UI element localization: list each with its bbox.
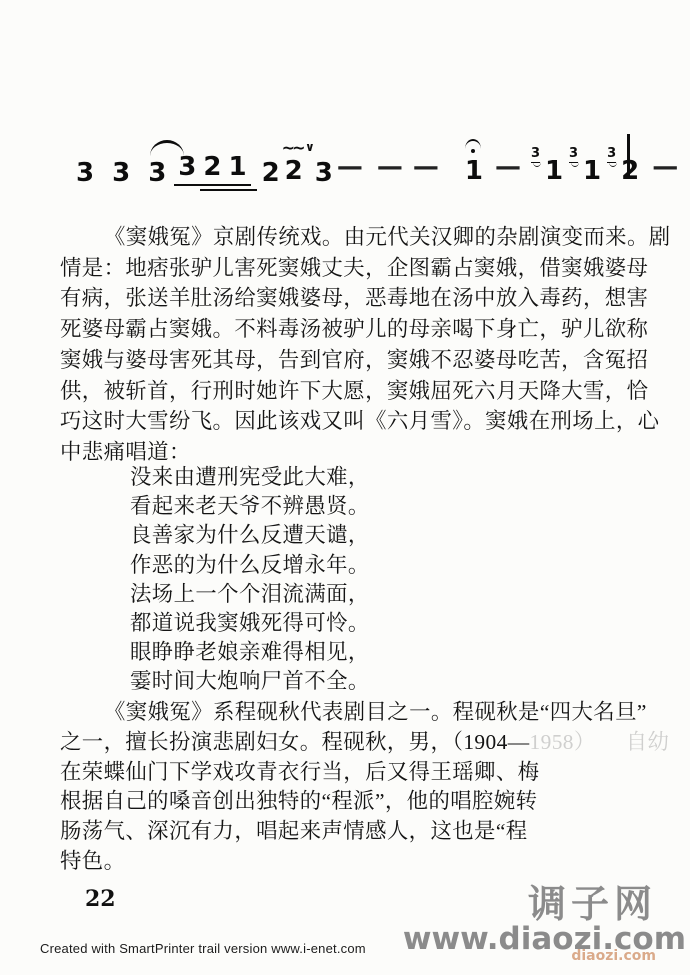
verse-line: 作恶的为什么反增永年。 — [130, 551, 370, 580]
second-beam — [200, 189, 256, 191]
watermark-site-url: www.diaozi.com — [403, 922, 686, 956]
note-digit: 1 — [545, 158, 563, 184]
note-digit: 3 — [112, 160, 130, 186]
text-line: 巧这时大雪纷飞。因此该戏又叫《六月雪》。窦娥在刑场上，心 — [60, 406, 671, 437]
faded-text: 1958） — [530, 730, 596, 754]
text-line: 供，被斩首，行刑时她许下大愿，窦娥屈死六月天降大雪，恰 — [60, 376, 671, 407]
note-digit: 2 — [262, 160, 280, 186]
paragraph-cheng-yanqiu: 《窦娥冤》系程砚秋代表剧目之一。程砚秋是“四大名旦” 之一，擅长扮演悲剧妇女。程… — [60, 698, 669, 877]
text-line: 《窦娥冤》京剧传统戏。由元代关汉卿的杂剧演变而来。剧 — [60, 222, 671, 253]
text-line: 死婆母霸占窦娥。不料毒汤被驴儿的母亲喝下身亡，驴儿欲称 — [60, 314, 671, 345]
aria-verse: 没来由遭刑宪受此大难， 看起来老天爷不辨愚贤。 良善家为什么反遭天谴， 作恶的为… — [130, 463, 370, 697]
note-with-ornaments: ~~ ∨ 2 — [285, 156, 303, 186]
note-digit: 3 — [315, 160, 333, 186]
text-line: 特色。 — [60, 847, 669, 877]
note-digit: 1 — [583, 158, 601, 184]
duration-dash: — — [337, 154, 363, 180]
text-line: 在荣蝶仙门下学戏攻青衣行当，后又得王瑶卿、梅 — [60, 758, 669, 788]
verse-line: 都道说我窦娥死得可怜。 — [130, 609, 370, 638]
text-line: 有病，张送羊肚汤给窦娥婆母，恶毒地在汤中放入毒药，想害 — [60, 283, 671, 314]
grace-note-figure: 3 1 — [545, 156, 563, 186]
verse-line: 眼睁睁老娘亲难得相见， — [130, 638, 370, 667]
note-digit: 2 — [285, 158, 303, 184]
verse-line: 法场上一个个泪流满面， — [130, 580, 370, 609]
text-line: 肠荡气、深沉有力，唱起来声情感人，这也是“程 — [60, 817, 669, 847]
verse-line: 看起来老天爷不辨愚贤。 — [130, 492, 370, 521]
note-digit: 3 — [178, 154, 196, 180]
octave-dot-icon — [471, 149, 475, 153]
duration-dash: — — [652, 154, 678, 180]
note-digit: 2 — [203, 154, 221, 180]
mordent-icon: ~~ — [282, 140, 303, 156]
text-line: 之一，擅长扮演悲剧妇女。程砚秋，男，（1904—1958）自幼 — [60, 728, 669, 758]
high-octave-note: 1 — [465, 156, 483, 186]
text-line: 根据自己的嗓音创出独特的“程派”，他的唱腔婉转 — [60, 787, 669, 817]
verse-line: 霎时间大炮响尸首不全。 — [130, 667, 370, 696]
text-line: 窦娥与婆母害死其母，告到官府，窦娥不忍婆母吃苦，含冤招 — [60, 345, 671, 376]
note-digit: 2 — [621, 158, 639, 184]
music-notation-line: 3 3 3 3 2 1 2 ~~ ∨ 2 3 — — — 1 — 3 1 — [76, 138, 656, 186]
scanned-book-page: 3 3 3 3 2 1 2 ~~ ∨ 2 3 — — — 1 — 3 1 — [0, 0, 690, 975]
page-number: 22 — [85, 886, 116, 912]
note-digit: 1 — [228, 154, 246, 180]
faded-text: 自幼 — [626, 730, 670, 754]
note-digit: 3 — [76, 160, 94, 186]
grace-note-figure: 3 1 — [583, 156, 601, 186]
duration-dash: — — [495, 154, 521, 180]
printer-credit: Created with SmartPrinter trail version … — [40, 941, 366, 956]
breath-mark-icon: ∨ — [305, 141, 315, 153]
grace-note: 3 — [531, 147, 540, 163]
verse-line: 没来由遭刑宪受此大难， — [130, 463, 370, 492]
text-line: 情是：地痞张驴儿害死窦娥丈夫，企图霸占窦娥，借窦娥婆母 — [60, 253, 671, 284]
duration-dash: — — [413, 154, 439, 180]
grace-note: 3 — [569, 147, 578, 163]
beamed-note-group: 3 2 1 — [174, 154, 250, 186]
paragraph-synopsis: 《窦娥冤》京剧传统戏。由元代关汉卿的杂剧演变而来。剧 情是：地痞张驴儿害死窦娥丈… — [60, 222, 671, 468]
note-digit: 1 — [465, 158, 483, 184]
duration-dash: — — [377, 154, 403, 180]
text-segment: 之一，擅长扮演悲剧妇女。程砚秋，男，（1904— — [60, 730, 530, 754]
grace-note-figure: 3 2 — [621, 156, 639, 186]
verse-line: 良善家为什么反遭天谴， — [130, 521, 370, 550]
barline — [627, 134, 630, 176]
watermark-site-name: 调子网 — [528, 884, 657, 926]
note-digit: 3 — [148, 160, 166, 186]
text-line: 《窦娥冤》系程砚秋代表剧目之一。程砚秋是“四大名旦” — [60, 698, 669, 728]
grace-note: 3 — [607, 147, 616, 163]
slur-hat-icon — [465, 139, 481, 149]
